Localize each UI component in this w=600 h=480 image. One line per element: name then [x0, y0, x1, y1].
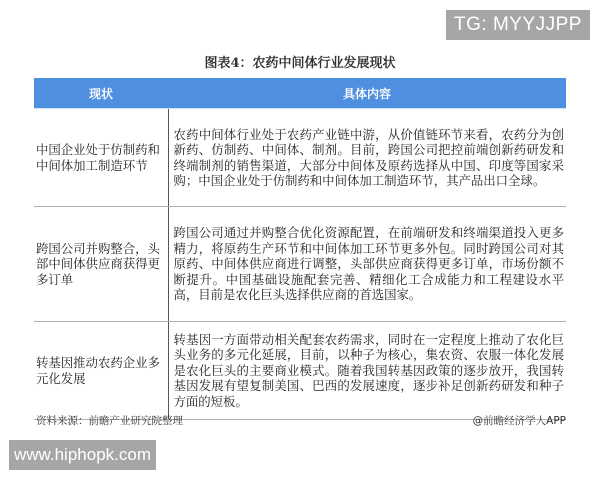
column-header-content: 具体内容	[168, 78, 566, 109]
source-note: 资料来源：前瞻产业研究院整理	[36, 413, 183, 428]
table-row: 跨国公司并购整合，头部中间体供应商获得更多订单 跨国公司通过并购整合优化资源配置…	[34, 207, 566, 322]
status-cell: 跨国公司并购整合，头部中间体供应商获得更多订单	[34, 207, 168, 322]
status-table: 现状 具体内容 中国企业处于仿制药和中间体加工制造环节 农药中间体行业处于农药产…	[34, 78, 566, 420]
watermark-badge-bottom: www.hiphopk.com	[9, 440, 156, 470]
status-cell: 转基因推动农药企业多元化发展	[34, 322, 168, 420]
column-header-status: 现状	[34, 78, 168, 109]
table-row: 中国企业处于仿制药和中间体加工制造环节 农药中间体行业处于农药产业链中游，从价值…	[34, 109, 566, 207]
content-cell: 跨国公司通过并购整合优化资源配置，在前端研发和终端渠道投入更多精力，将原药生产环…	[168, 207, 566, 322]
watermark-badge-top: TG: MYYJJPP	[446, 10, 590, 40]
content-cell: 农药中间体行业处于农药产业链中游，从价值链环节来看，农药分为创新药、仿制药、中间…	[168, 109, 566, 207]
table-row: 转基因推动农药企业多元化发展 转基因一方面带动相关配套农药需求，同时在一定程度上…	[34, 322, 566, 420]
status-cell: 中国企业处于仿制药和中间体加工制造环节	[34, 109, 168, 207]
content-cell: 转基因一方面带动相关配套农药需求，同时在一定程度上推动了农化巨头业务的多元化延展…	[168, 322, 566, 420]
credit-note: @前瞻经济学人APP	[473, 413, 566, 428]
figure-title: 图表4：农药中间体行业发展现状	[0, 52, 600, 71]
table-header-row: 现状 具体内容	[34, 78, 566, 109]
